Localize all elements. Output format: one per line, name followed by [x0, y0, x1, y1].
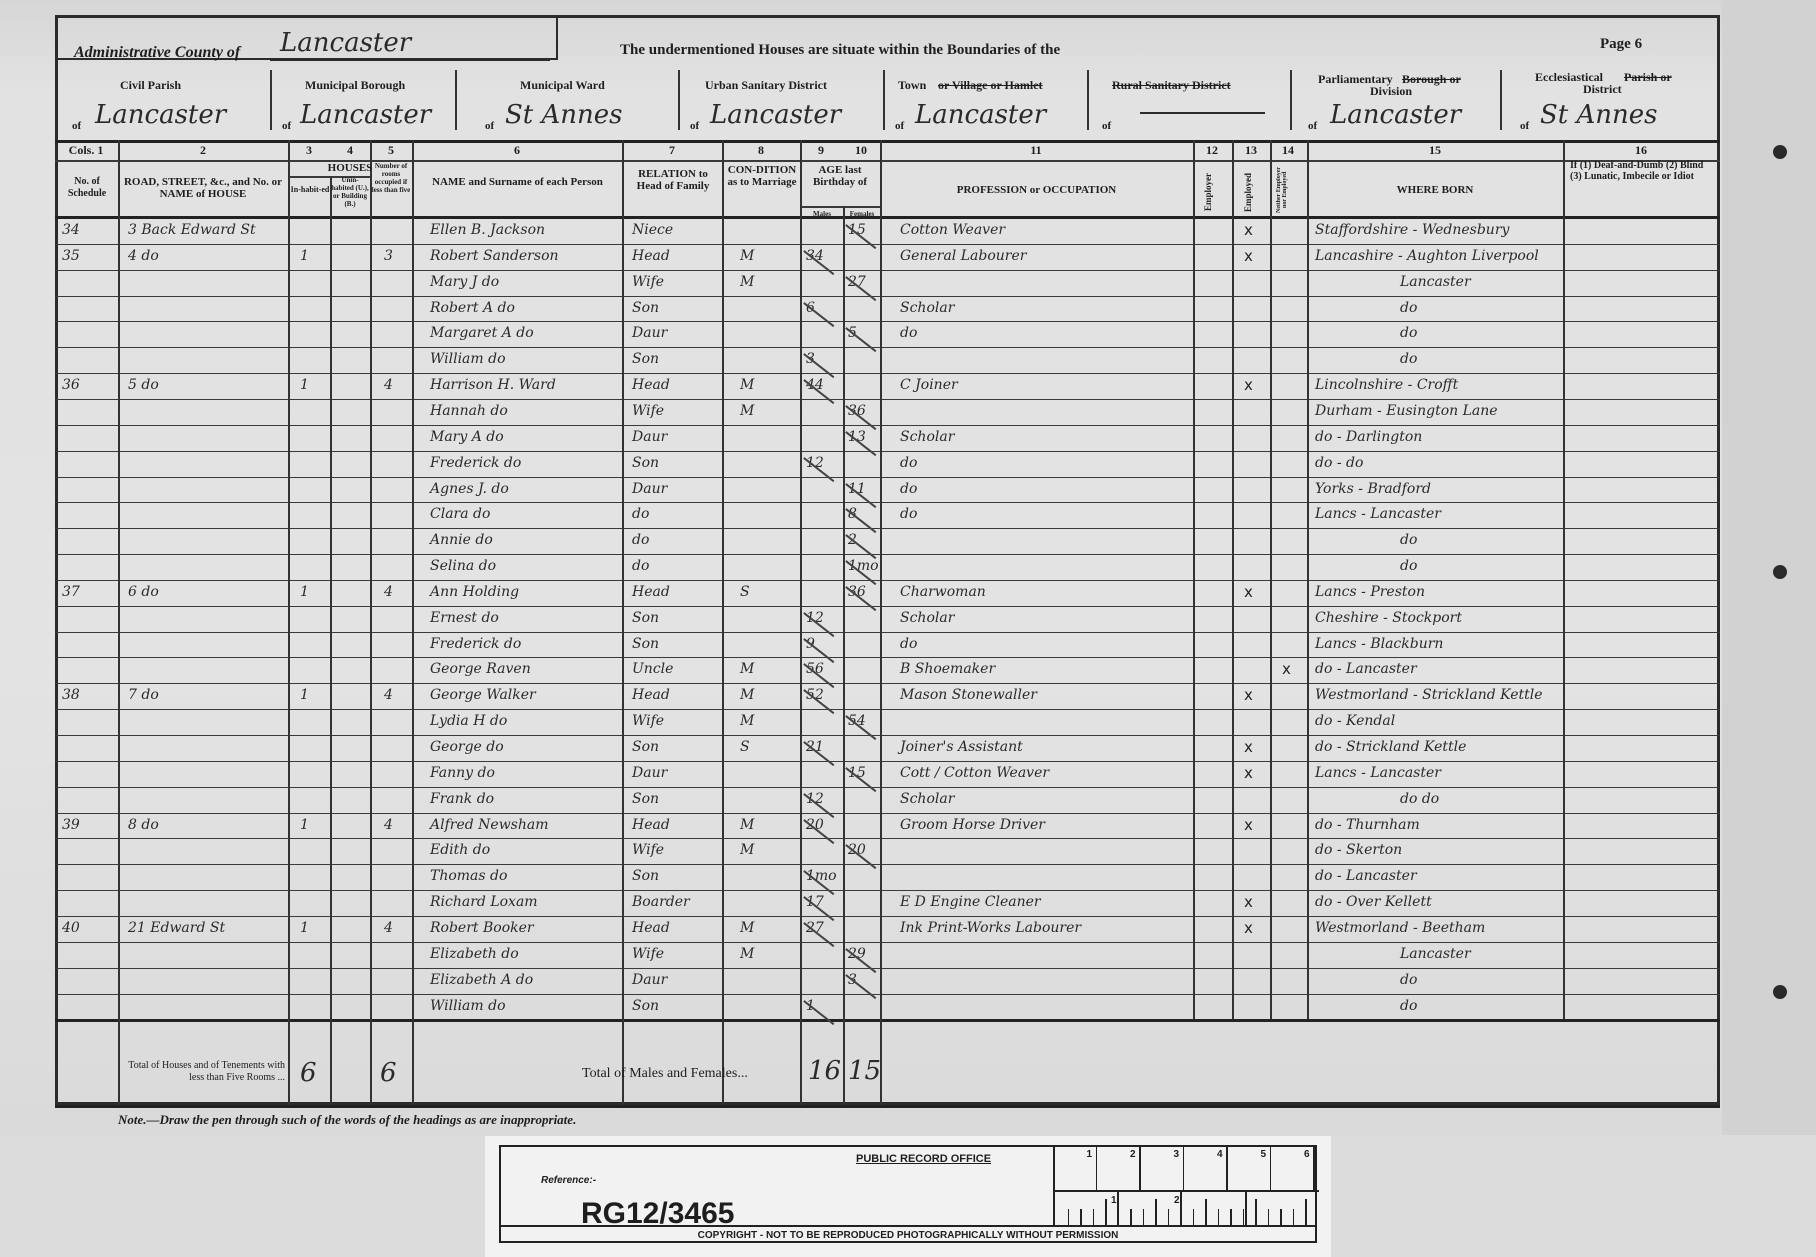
- name-cell: William do: [430, 998, 506, 1014]
- row-line: [55, 296, 1720, 297]
- name-cell: George Walker: [430, 687, 536, 703]
- blank-line: [1140, 112, 1265, 114]
- column-number: 6: [487, 143, 547, 158]
- header-uninhabited: Unin-habited (U.), or Building (B.): [331, 176, 369, 208]
- inhabited-cell: 1: [300, 687, 309, 703]
- office-label: PUBLIC RECORD OFFICE: [856, 1153, 991, 1165]
- relation-cell: Son: [632, 351, 659, 367]
- binding-hole: [1773, 985, 1787, 999]
- field-prefix: of: [895, 120, 904, 132]
- row-line: [55, 683, 1720, 684]
- ruler-tick: [1096, 1147, 1098, 1190]
- field-value: Lancaster: [300, 100, 431, 130]
- ruler-label: 6: [1304, 1149, 1310, 1160]
- address-cell: 8 do: [128, 817, 159, 833]
- relation-cell: Head: [632, 817, 670, 833]
- employed-cell: x: [1244, 247, 1253, 265]
- column-line: [1307, 140, 1309, 1019]
- rooms-cell: 4: [384, 377, 393, 393]
- name-cell: Frederick do: [430, 455, 521, 471]
- header-rooms: Number of rooms occupied if less than fi…: [371, 162, 411, 194]
- where-born-cell: Lancashire - Aughton Liverpool: [1315, 248, 1539, 264]
- where-born-cell: do - Kendal: [1315, 713, 1395, 729]
- condition-cell: M: [740, 661, 754, 677]
- where-born-cell: Lancaster: [1400, 274, 1471, 290]
- column-number: 7: [642, 143, 702, 158]
- column-line: [880, 140, 882, 1105]
- field-label: Municipal Borough: [305, 78, 405, 93]
- female-age-cell: 54: [848, 713, 866, 729]
- employed-cell: x: [1244, 376, 1253, 394]
- row-line: [55, 321, 1720, 322]
- ruler-tick: [1293, 1209, 1295, 1225]
- relation-cell: Head: [632, 377, 670, 393]
- column-number: 2: [173, 143, 233, 158]
- ruler-tick: [1205, 1199, 1207, 1225]
- occupation-cell: C Joiner: [900, 377, 958, 393]
- condition-cell: M: [740, 687, 754, 703]
- employed-cell: x: [1244, 919, 1253, 937]
- where-born-cell: do: [1400, 972, 1417, 988]
- header-address: ROAD, STREET, &c., and No. or NAME of HO…: [120, 176, 286, 200]
- ruler-tick: [1183, 1147, 1185, 1190]
- header-infirmity: If (1) Deaf-and-Dumb (2) Blind (3) Lunat…: [1570, 160, 1710, 182]
- where-born-cell: Lancs - Lancaster: [1315, 765, 1441, 781]
- where-born-cell: do - do: [1315, 455, 1363, 471]
- relation-cell: do: [632, 506, 649, 522]
- condition-cell: M: [740, 713, 754, 729]
- where-born-cell: Lancs - Lancaster: [1315, 506, 1441, 522]
- row-line: [55, 399, 1720, 400]
- name-cell: George Raven: [430, 661, 531, 677]
- where-born-cell: Westmorland - Strickland Kettle: [1315, 687, 1543, 703]
- where-born-cell: Lancs - Preston: [1315, 584, 1425, 600]
- occupation-cell: Groom Horse Driver: [900, 817, 1045, 833]
- employed-cell: x: [1244, 764, 1253, 782]
- occupation-cell: do: [900, 325, 917, 341]
- name-cell: Frank do: [430, 791, 494, 807]
- where-born-cell: Lancaster: [1400, 946, 1471, 962]
- relation-cell: Head: [632, 248, 670, 264]
- name-cell: Robert Sanderson: [430, 248, 559, 264]
- name-cell: Ernest do: [430, 610, 499, 626]
- field-prefix: of: [690, 120, 699, 132]
- occupation-cell: Scholar: [900, 429, 954, 445]
- male-age-cell: 56: [806, 661, 824, 677]
- occupation-cell: B Shoemaker: [900, 661, 995, 677]
- row-line: [55, 968, 1720, 969]
- where-born-cell: Cheshire - Stockport: [1315, 610, 1462, 626]
- column-line: [118, 140, 120, 1105]
- where-born-cell: do - Strickland Kettle: [1315, 739, 1466, 755]
- column-number: 11: [1006, 143, 1066, 158]
- ruler-tick: [1230, 1209, 1232, 1225]
- name-cell: Agnes J. do: [430, 481, 509, 497]
- relation-cell: Daur: [632, 972, 667, 988]
- column-line: [622, 140, 624, 1105]
- relation-cell: Son: [632, 300, 659, 316]
- schedule-cell: 38: [62, 687, 80, 703]
- column-number: 14: [1258, 143, 1318, 158]
- where-born-cell: do - Over Kellett: [1315, 894, 1432, 910]
- row-line: [55, 942, 1720, 943]
- occupation-cell: Cotton Weaver: [900, 222, 1005, 238]
- occupation-cell: Charwoman: [900, 584, 986, 600]
- schedule-cell: 40: [62, 920, 80, 936]
- divider: [455, 70, 457, 130]
- name-cell: Ann Holding: [430, 584, 519, 600]
- row-line: [55, 632, 1720, 633]
- field-label: Division: [1370, 84, 1412, 99]
- name-cell: Robert Booker: [430, 920, 534, 936]
- male-age-cell: 52: [806, 687, 824, 703]
- field-value: St Annes: [1540, 100, 1658, 130]
- name-cell: Fanny do: [430, 765, 495, 781]
- occupation-cell: Scholar: [900, 300, 954, 316]
- name-cell: Lydia H do: [430, 713, 507, 729]
- where-born-cell: Durham - Eusington Lane: [1315, 403, 1498, 419]
- county-underline: [270, 60, 550, 61]
- ruler-tick: [1270, 1147, 1272, 1190]
- row-line: [55, 813, 1720, 814]
- ruler-tick: [1105, 1199, 1107, 1225]
- where-born-cell: do: [1400, 351, 1417, 367]
- column-line: [330, 176, 332, 1105]
- where-born-cell: Lancs - Blackburn: [1315, 636, 1443, 652]
- county-label: Administrative County of: [74, 44, 240, 62]
- address-cell: 21 Edward St: [128, 920, 225, 936]
- ruler-tick: [1193, 1209, 1195, 1225]
- occupation-cell: do: [900, 636, 917, 652]
- name-cell: Selina do: [430, 558, 496, 574]
- ruler-tick: [1168, 1209, 1170, 1225]
- name-cell: Robert A do: [430, 300, 515, 316]
- row-line: [55, 838, 1720, 839]
- ruler-label: 2: [1174, 1195, 1180, 1206]
- field-value: Lancaster: [95, 100, 226, 130]
- address-cell: 3 Back Edward St: [128, 222, 256, 238]
- name-cell: Elizabeth A do: [430, 972, 533, 988]
- condition-cell: M: [740, 274, 754, 290]
- relation-cell: Head: [632, 687, 670, 703]
- header-name: NAME and Surname of each Person: [425, 176, 610, 188]
- condition-cell: M: [740, 403, 754, 419]
- relation-cell: Daur: [632, 325, 667, 341]
- where-born-cell: do - Lancaster: [1315, 868, 1417, 884]
- ruler-tick: [1226, 1147, 1228, 1190]
- relation-cell: Son: [632, 791, 659, 807]
- ruler-tick: [1313, 1147, 1315, 1190]
- ruler-tick: [1280, 1209, 1282, 1225]
- name-cell: Annie do: [430, 532, 493, 548]
- county-value: Lancaster: [280, 28, 411, 58]
- column-number: 5: [361, 143, 421, 158]
- relation-cell: Son: [632, 998, 659, 1014]
- condition-cell: M: [740, 842, 754, 858]
- ruler-tick: [1245, 1192, 1247, 1225]
- relation-cell: do: [632, 532, 649, 548]
- name-cell: Harrison H. Ward: [430, 377, 556, 393]
- name-cell: Clara do: [430, 506, 490, 522]
- column-number: 16: [1611, 143, 1671, 158]
- relation-cell: Son: [632, 610, 659, 626]
- field-label: Civil Parish: [120, 78, 181, 93]
- field-prefix: of: [1308, 120, 1317, 132]
- schedule-cell: 37: [62, 584, 80, 600]
- occupation-cell: Mason Stonewaller: [900, 687, 1037, 703]
- name-cell: Edith do: [430, 842, 490, 858]
- reference-label: Reference:-: [541, 1175, 596, 1186]
- copyright-notice: COPYRIGHT - NOT TO BE REPRODUCED PHOTOGR…: [501, 1225, 1315, 1245]
- row-line: [55, 657, 1720, 658]
- field-label: Urban Sanitary District: [705, 78, 827, 93]
- grid-line: [55, 1019, 1720, 1022]
- relation-cell: Son: [632, 739, 659, 755]
- relation-cell: Wife: [632, 946, 664, 962]
- relation-cell: Son: [632, 636, 659, 652]
- employed-cell: x: [1244, 738, 1253, 756]
- column-line: [412, 140, 414, 1105]
- totals-houses-label: Total of Houses and of Tenements with le…: [125, 1060, 285, 1084]
- where-born-cell: Westmorland - Beetham: [1315, 920, 1485, 936]
- column-number: 8: [731, 143, 791, 158]
- schedule-cell: 35: [62, 248, 80, 264]
- where-born-cell: do - Thurnham: [1315, 817, 1420, 833]
- condition-cell: M: [740, 920, 754, 936]
- row-line: [55, 787, 1720, 788]
- occupation-cell: do: [900, 455, 917, 471]
- field-value: Lancaster: [1330, 100, 1461, 130]
- row-line: [55, 735, 1720, 736]
- field-value: Lancaster: [710, 100, 841, 130]
- name-cell: Elizabeth do: [430, 946, 519, 962]
- ruler-label: 3: [1174, 1149, 1180, 1160]
- field-prefix: of: [282, 120, 291, 132]
- name-cell: Thomas do: [430, 868, 507, 884]
- rooms-cell: 3: [384, 248, 393, 264]
- row-line: [55, 916, 1720, 917]
- row-line: [55, 580, 1720, 581]
- ruler-tick: [1218, 1209, 1220, 1225]
- column-line: [800, 140, 802, 1105]
- reference-strip: PUBLIC RECORD OFFICE Reference:- RG12/34…: [485, 1136, 1331, 1257]
- binding-hole: [1773, 145, 1787, 159]
- binding-hole: [1773, 565, 1787, 579]
- row-line: [55, 994, 1720, 995]
- inhabited-cell: 1: [300, 817, 309, 833]
- field-label-struck: or Village or Hamlet: [938, 78, 1043, 93]
- condition-cell: M: [740, 817, 754, 833]
- address-cell: 7 do: [128, 687, 159, 703]
- occupation-cell: Cott / Cotton Weaver: [900, 765, 1049, 781]
- schedule-cell: 36: [62, 377, 80, 393]
- ruler-tick: [1180, 1192, 1182, 1225]
- header-employer: Employer: [1203, 168, 1213, 216]
- employed-cell: x: [1244, 893, 1253, 911]
- rooms-cell: 4: [384, 920, 393, 936]
- totals-houses-inhabited: 6: [300, 1058, 317, 1088]
- row-line: [55, 244, 1720, 245]
- where-born-cell: do: [1400, 532, 1417, 548]
- divider: [1290, 70, 1292, 130]
- field-value: Lancaster: [915, 100, 1046, 130]
- column-line: [722, 140, 724, 1105]
- grid-line: [55, 216, 1720, 219]
- field-label: District: [1583, 82, 1622, 97]
- column-line: [1270, 140, 1272, 1019]
- relation-cell: Head: [632, 584, 670, 600]
- column-number: Cols. 1: [56, 143, 116, 158]
- occupation-cell: do: [900, 481, 917, 497]
- field-label: Town: [898, 78, 926, 93]
- relation-cell: Son: [632, 868, 659, 884]
- totals-tenements: 6: [380, 1058, 397, 1088]
- ruler-tick: [1117, 1192, 1119, 1225]
- where-born-cell: Staffordshire - Wednesbury: [1315, 222, 1509, 238]
- relation-cell: Wife: [632, 403, 664, 419]
- column-line: [1232, 140, 1234, 1019]
- row-line: [55, 451, 1720, 452]
- header-schedule: No. of Schedule: [58, 176, 116, 200]
- relation-cell: Boarder: [632, 894, 690, 910]
- employed-cell: x: [1244, 583, 1253, 601]
- rooms-cell: 4: [384, 687, 393, 703]
- column-line: [1563, 140, 1565, 1019]
- row-line: [55, 373, 1720, 374]
- column-number: 15: [1405, 143, 1465, 158]
- header-males: Males: [802, 208, 842, 220]
- row-line: [55, 425, 1720, 426]
- name-cell: Mary J do: [430, 274, 499, 290]
- where-born-cell: Yorks - Bradford: [1315, 481, 1431, 497]
- relation-cell: Wife: [632, 842, 664, 858]
- occupation-cell: E D Engine Cleaner: [900, 894, 1041, 910]
- address-cell: 5 do: [128, 377, 159, 393]
- ruler-label: 1: [1087, 1149, 1093, 1160]
- header-condition: CON-DITION as to Marriage: [726, 164, 798, 188]
- occupation-cell: Scholar: [900, 791, 954, 807]
- row-line: [55, 477, 1720, 478]
- ruler-tick: [1093, 1209, 1095, 1225]
- relation-cell: Daur: [632, 429, 667, 445]
- schedule-cell: 39: [62, 817, 80, 833]
- divider: [270, 70, 272, 130]
- grid-line: [55, 1105, 1720, 1108]
- name-cell: Margaret A do: [430, 325, 534, 341]
- name-cell: Alfred Newsham: [430, 817, 549, 833]
- ruler-tick: [1243, 1209, 1245, 1225]
- condition-cell: S: [740, 739, 750, 755]
- row-line: [55, 890, 1720, 891]
- female-age-cell: 20: [848, 842, 866, 858]
- name-cell: William do: [430, 351, 506, 367]
- divider: [678, 70, 680, 130]
- ruler-tick: [1268, 1209, 1270, 1225]
- where-born-cell: do do: [1400, 791, 1439, 807]
- inhabited-cell: 1: [300, 920, 309, 936]
- row-line: [55, 709, 1720, 710]
- field-value: St Annes: [505, 100, 623, 130]
- relation-cell: Son: [632, 455, 659, 471]
- row-line: [55, 502, 1720, 503]
- where-born-cell: do - Skerton: [1315, 842, 1402, 858]
- header-neither: Neither Employer nor Employed: [1276, 164, 1288, 216]
- occupation-cell: Joiner's Assistant: [900, 739, 1023, 755]
- header-employed: Employed: [1243, 168, 1253, 216]
- ruler-tick: [1305, 1199, 1307, 1225]
- divider: [883, 70, 885, 130]
- header-relation: RELATION to Head of Family: [628, 168, 718, 192]
- relation-cell: Daur: [632, 481, 667, 497]
- where-born-cell: Lincolnshire - Crofft: [1315, 377, 1458, 393]
- occupation-cell: do: [900, 506, 917, 522]
- ruler-label: 4: [1217, 1149, 1223, 1160]
- occupation-cell: Ink Print-Works Labourer: [900, 920, 1081, 936]
- field-prefix: of: [485, 120, 494, 132]
- field-prefix: of: [1102, 120, 1111, 132]
- inhabited-cell: 1: [300, 248, 309, 264]
- occupation-cell: General Labourer: [900, 248, 1026, 264]
- employed-cell: x: [1244, 816, 1253, 834]
- ruler-tick: [1139, 1147, 1141, 1190]
- relation-cell: Niece: [632, 222, 673, 238]
- totals-males: 16: [808, 1056, 841, 1086]
- where-born-cell: do - Darlington: [1315, 429, 1422, 445]
- row-line: [55, 864, 1720, 865]
- name-cell: Mary A do: [430, 429, 504, 445]
- footnote: Note.—Draw the pen through such of the w…: [118, 1112, 576, 1128]
- ruler-tick: [1155, 1199, 1157, 1225]
- neither-cell: x: [1282, 660, 1291, 678]
- scale-ruler: 12345612: [1053, 1147, 1319, 1225]
- relation-cell: Wife: [632, 274, 664, 290]
- ruler-tick: [1143, 1209, 1145, 1225]
- relation-cell: Wife: [632, 713, 664, 729]
- name-cell: Frederick do: [430, 636, 521, 652]
- employed-cell: x: [1244, 686, 1253, 704]
- column-line: [370, 140, 372, 1105]
- ruler-label: 1: [1111, 1195, 1117, 1206]
- where-born-cell: do: [1400, 300, 1417, 316]
- header-females: Females: [844, 208, 880, 220]
- field-prefix: of: [1520, 120, 1529, 132]
- totals-persons-label: Total of Males and Females...: [582, 1066, 748, 1082]
- condition-cell: M: [740, 946, 754, 962]
- row-line: [55, 270, 1720, 271]
- banner-text: The undermentioned Houses are situate wi…: [620, 42, 1060, 59]
- name-cell: Ellen B. Jackson: [430, 222, 545, 238]
- column-line: [843, 206, 845, 1105]
- where-born-cell: do - Lancaster: [1315, 661, 1417, 677]
- ruler-tick: [1080, 1209, 1082, 1225]
- ruler-line: [1055, 1190, 1319, 1192]
- address-cell: 4 do: [128, 248, 159, 264]
- field-label-struck: Parish or: [1624, 70, 1672, 85]
- condition-cell: M: [740, 248, 754, 264]
- header-inhabited: In-habit-ed: [290, 185, 330, 194]
- ruler-label: 2: [1130, 1149, 1136, 1160]
- divider: [1087, 70, 1089, 130]
- relation-cell: Daur: [632, 765, 667, 781]
- where-born-cell: do: [1400, 558, 1417, 574]
- inhabited-cell: 1: [300, 377, 309, 393]
- name-cell: Hannah do: [430, 403, 508, 419]
- condition-cell: S: [740, 584, 750, 600]
- ruler-label: 5: [1261, 1149, 1267, 1160]
- schedule-cell: 34: [62, 222, 80, 238]
- reference-box: PUBLIC RECORD OFFICE Reference:- RG12/34…: [499, 1145, 1317, 1243]
- employed-cell: x: [1244, 221, 1253, 239]
